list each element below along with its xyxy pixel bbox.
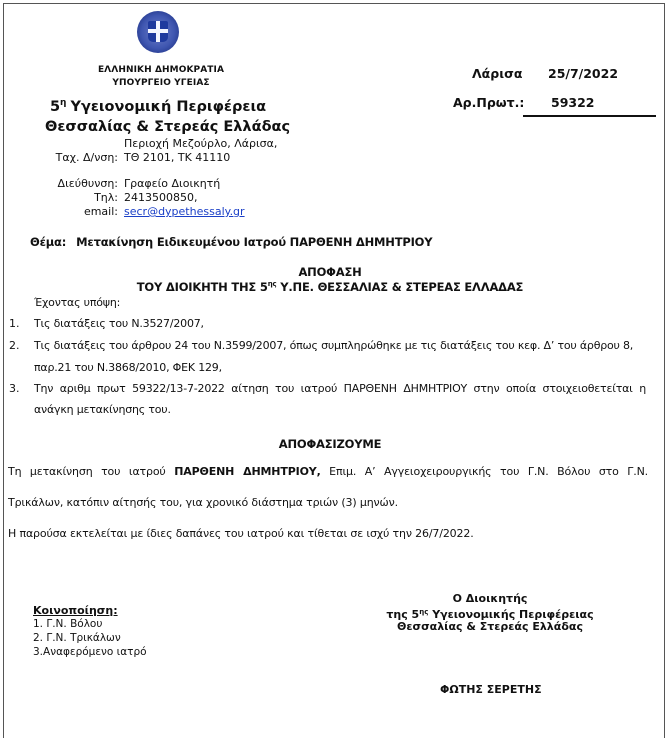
signature-line3: Θεσσαλίας & Στερεάς Ελλάδας: [385, 620, 595, 633]
phone-label: Τηλ:: [30, 191, 118, 205]
decision-body-line-2: Τρικάλων, κατόπιν αίτησής του, για χρονι…: [8, 496, 648, 509]
body-pre: Τη μετακίνηση του ιατρού: [8, 465, 174, 478]
department-value: Γραφείο Διοικητή: [124, 177, 220, 191]
ministry-name: ΥΠΟΥΡΓΕΙΟ ΥΓΕΙΑΣ: [97, 77, 225, 90]
we-decide-heading: ΑΠΟΦΑΣΙΖΟΥΜΕ: [0, 437, 660, 451]
subtitle-post: Υ.ΠΕ. ΘΕΣΣΑΛΙΑΣ & ΣΤΕΡΕΑΣ ΕΛΛΑΔΑΣ: [276, 280, 523, 294]
body-post: Επιμ. Α’ Αγγειοχειρουργικής του Γ.Ν. Βόλ…: [321, 465, 648, 478]
email-label: email:: [30, 205, 118, 219]
postal-label: Ταχ. Δ/νση:: [30, 151, 118, 165]
subject-text: Μετακίνηση Ειδικευμένου Ιατρού ΠΑΡΘΕΝΗ Δ…: [76, 235, 432, 249]
item-number: 3.: [9, 382, 20, 395]
notification-item: 1. Γ.Ν. Βόλου: [33, 618, 102, 631]
phone-value: 2413500850,: [124, 191, 197, 205]
protocol-underline: [523, 115, 656, 117]
signature-line2: της 5ης Υγειονομικής Περιφέρειας: [385, 606, 595, 621]
protocol-number: 59322: [551, 95, 595, 110]
protocol-label: Αρ.Πρωτ.:: [453, 95, 524, 110]
item-number: 1.: [9, 317, 20, 330]
postal-line1: Περιοχή Μεζούρλο, Λάρισα,: [124, 137, 277, 151]
notification-item: 3.Αναφερόμενο ιατρό: [33, 646, 147, 659]
region-line1: Υγειονομική Περιφέρεια: [70, 99, 266, 115]
signature-line1: Ο Διοικητής: [385, 592, 595, 605]
item-number: 2.: [9, 339, 20, 352]
email-link[interactable]: secr@dypethessaly.gr: [124, 205, 245, 219]
region-number: 5: [50, 99, 60, 115]
signatory-name: ΦΩΤΗΣ ΣΕΡΕΤΗΣ: [440, 683, 542, 696]
notification-item: 2. Γ.Ν. Τρικάλων: [33, 632, 121, 645]
place: Λάρισα: [472, 66, 522, 81]
region-line2: Θεσσαλίας & Στερεάς Ελλάδας: [45, 117, 271, 137]
department-label: Διεύθυνση:: [30, 177, 118, 191]
decision-body-line-1: Τη μετακίνηση του ιατρού ΠΑΡΘΕΝΗ ΔΗΜΗΤΡΙ…: [8, 465, 648, 478]
considering-label: Έχοντας υπόψη:: [34, 296, 120, 309]
health-region-title: 5ηΥγειονομική Περιφέρεια Θεσσαλίας & Στε…: [45, 93, 271, 137]
subject-label: Θέμα:: [30, 235, 66, 249]
notification-title: Κοινοποίηση:: [33, 604, 118, 617]
republic-name: ΕΛΛΗΝΙΚΗ ΔΗΜΟΚΡΑΤΙΑ: [97, 64, 225, 77]
subtitle-pre: ΤΟΥ ΔΙΟΙΚΗΤΗ ΤΗΣ 5: [137, 280, 268, 294]
decision-subtitle: ΤΟΥ ΔΙΟΙΚΗΤΗ ΤΗΣ 5ης Υ.ΠΕ. ΘΕΣΣΑΛΙΑΣ & Σ…: [0, 280, 660, 294]
item-1-line-1: Τις διατάξεις του Ν.3527/2007,: [34, 317, 204, 330]
postal-line2: ΤΘ 2101, ΤΚ 41110: [124, 151, 230, 165]
subject-line: Θέμα:Μετακίνηση Ειδικευμένου Ιατρού ΠΑΡΘ…: [30, 235, 432, 249]
sig-sup: ης: [419, 608, 428, 616]
region-suffix: η: [60, 98, 66, 108]
item-2-line-2: παρ.21 του Ν.3868/2010, ΦΕΚ 129,: [34, 361, 222, 374]
letterhead-authority: ΕΛΛΗΝΙΚΗ ΔΗΜΟΚΡΑΤΙΑ ΥΠΟΥΡΓΕΙΟ ΥΓΕΙΑΣ: [97, 64, 225, 90]
item-3-line-1: Την αριθμ πρωτ 59322/13-7-2022 αίτηση το…: [34, 382, 646, 395]
decision-title: ΑΠΟΦΑΣΗ: [0, 265, 660, 279]
greek-emblem-icon: [137, 11, 179, 53]
document-date: 25/7/2022: [548, 66, 618, 81]
item-3-line-2: ανάγκη μετακίνησης του.: [34, 403, 171, 416]
doctor-name: ΠΑΡΘΕΝΗ ΔΗΜΗΤΡΙΟΥ,: [174, 465, 320, 478]
item-2-line-1: Τις διατάξεις του άρθρου 24 του Ν.3599/2…: [34, 339, 646, 352]
closing-statement: Η παρούσα εκτελείται με ίδιες δαπάνες το…: [8, 527, 648, 540]
